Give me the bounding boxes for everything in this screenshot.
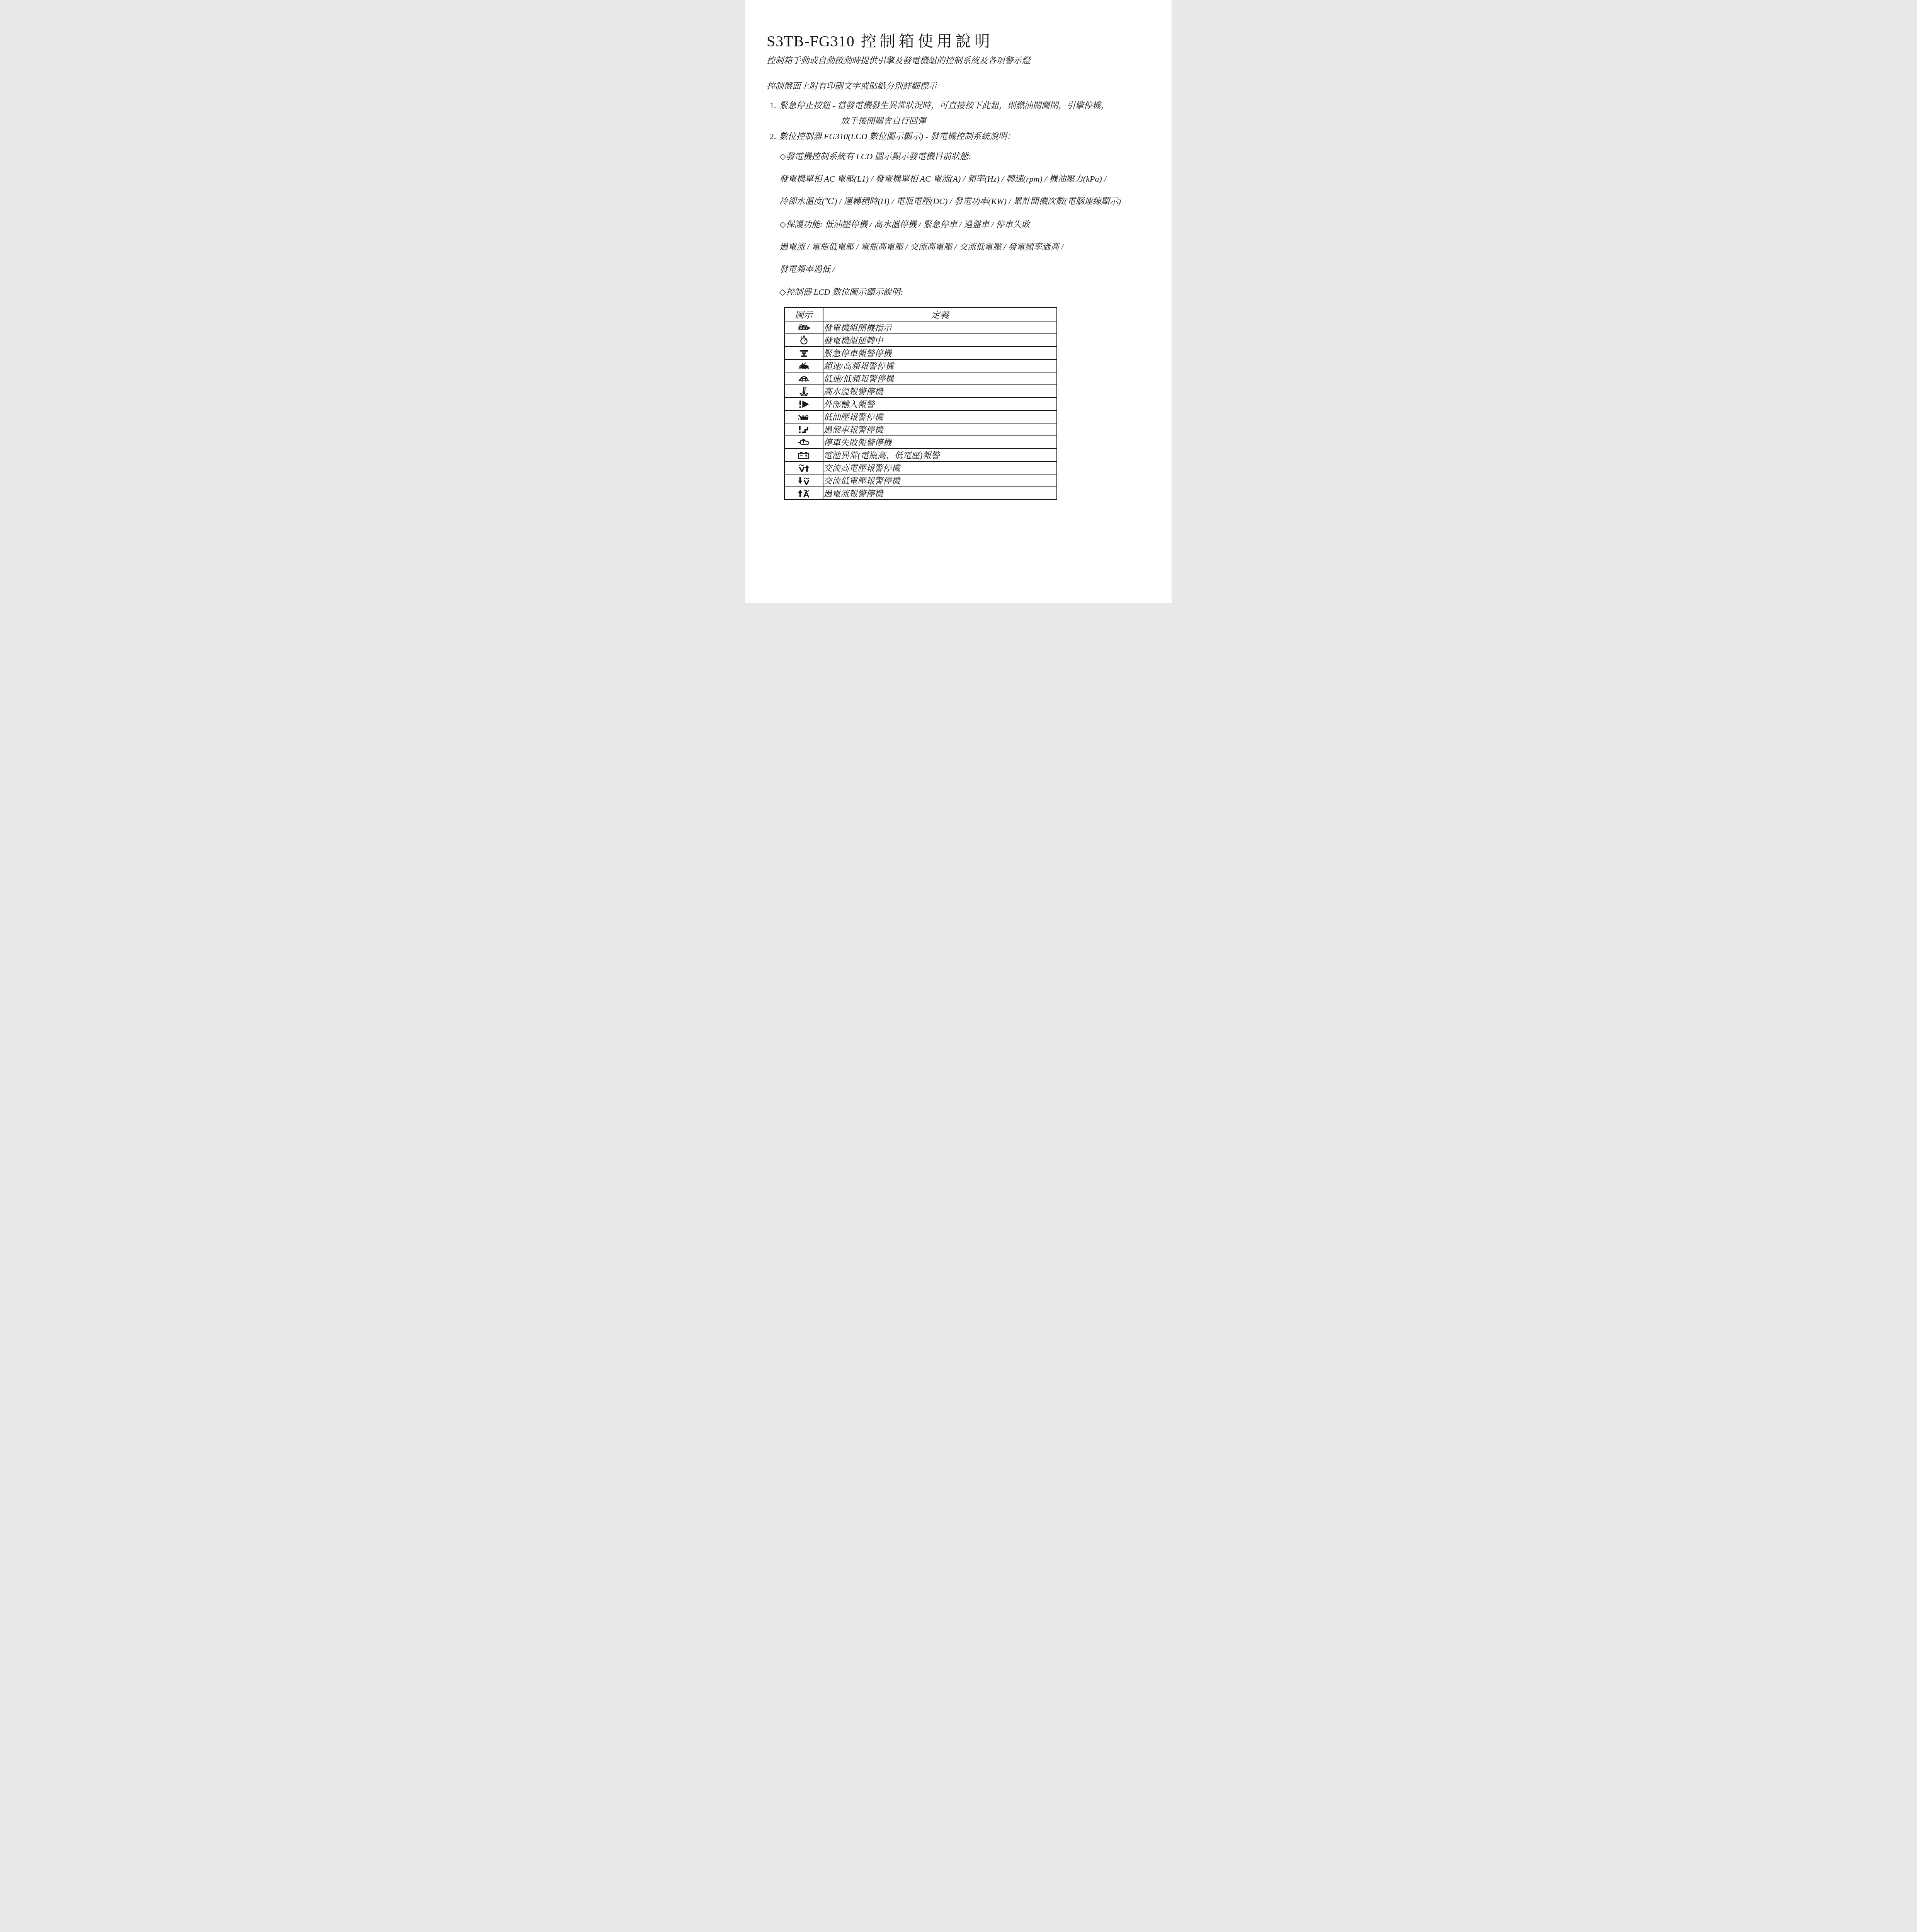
external-input-alarm-icon	[798, 400, 810, 408]
definition-text: 電池異常(電瓶高、低電壓)報警	[823, 449, 1057, 461]
definition-text: 超速/高頻報警停機	[823, 359, 1057, 372]
table-row: 高水溫報警停機	[784, 385, 1057, 398]
list-item-2-text: 數位控制器 FG310(LCD 數位圖示顯示) - 發電機控制系統說明：	[779, 131, 1015, 141]
list-item-1-continuation: 放手後開關會自行回彈	[841, 116, 926, 126]
definition-text: 緊急停車報警停機	[823, 347, 1057, 359]
definition-text: 低油壓報警停機	[823, 410, 1057, 423]
protection-list-line-1: 過電流 / 電瓶低電壓 / 電瓶高電壓 / 交流高電壓 / 交流低電壓 / 發電…	[779, 241, 1063, 252]
stopwatch-icon	[799, 335, 809, 345]
definition-text: 發電機組運轉中	[823, 334, 1057, 347]
diamond-heading-protection: ◇保護功能: 低油壓停機 / 高水溫停機 / 緊急停車 / 過盤車 / 停車失敗	[779, 219, 1030, 230]
list-item-1: 1.緊急停止按鈕 - 當發電機發生異常狀況時，可直接按下此鈕，則燃油閥關閉，引擎…	[770, 100, 1109, 111]
overcurrent-icon	[798, 489, 810, 498]
table-row: 交流低電壓報警停機	[784, 474, 1057, 487]
icon-column-header: 圖示	[784, 308, 823, 321]
protection-list-line-2: 發電頻率過低 /	[779, 264, 835, 275]
overcrank-icon	[798, 425, 810, 434]
low-oil-pressure-icon	[798, 413, 810, 421]
definition-text: 發電機組開機指示	[823, 321, 1057, 334]
manual-page: S3TB-FG310控制箱使用說明 控制箱手動或自動啟動時提供引擎及發電機組的控…	[745, 0, 1172, 603]
definition-text: 過盤車報警停機	[823, 423, 1057, 436]
table-row: 交流高電壓報警停機	[784, 461, 1057, 474]
list-item-1-text: 緊急停止按鈕 - 當發電機發生異常狀況時，可直接按下此鈕，則燃油閥關閉，引擎停機…	[779, 100, 1109, 110]
list-item-2: 2.數位控制器 FG310(LCD 數位圖示顯示) - 發電機控制系統說明：	[770, 131, 1015, 142]
table-row: 電池異常(電瓶高、低電壓)報警	[784, 449, 1057, 461]
ac-low-voltage-icon	[798, 476, 810, 485]
table-row: 發電機組運轉中	[784, 334, 1057, 347]
definition-text: 停車失敗報警停機	[823, 436, 1057, 449]
table-row: 外部輸入報警	[784, 398, 1057, 410]
high-water-temp-icon	[799, 386, 809, 396]
definition-text: 高水溫報警停機	[823, 385, 1057, 398]
list-item-1-number: 1.	[770, 100, 776, 110]
status-parameters-line-1: 發電機單相 AC 電壓(L1) / 發電機單相 AC 電流(A) / 頻率(Hz…	[779, 173, 1106, 184]
battery-abnormal-icon	[798, 451, 810, 459]
table-row: 過電流報警停機	[784, 487, 1057, 500]
table-row: 低速/低頻報警停機	[784, 372, 1057, 385]
definition-column-header: 定義	[823, 308, 1057, 321]
stop-failure-engine-icon	[798, 438, 810, 446]
table-row: 過盤車報警停機	[784, 423, 1057, 436]
lcd-icon-legend-table: 圖示 定義 發電機組開機指示 發電機組運轉中	[784, 307, 1057, 500]
definition-text: 外部輸入報警	[823, 398, 1057, 410]
definition-text: 低速/低頻報警停機	[823, 372, 1057, 385]
turtle-underspeed-icon	[798, 375, 810, 383]
table-header-row: 圖示 定義	[784, 308, 1057, 321]
table-row: 低油壓報警停機	[784, 410, 1057, 423]
intro-paragraph-2: 控制盤面上附有印刷文字或貼紙分別詳細標示	[767, 81, 937, 92]
rabbit-overspeed-icon	[798, 362, 810, 370]
generator-icon	[798, 324, 810, 332]
list-item-2-number: 2.	[770, 131, 776, 141]
definition-text: 交流高電壓報警停機	[823, 461, 1057, 474]
table-row: 緊急停車報警停機	[784, 347, 1057, 359]
title-cjk-text: 控制箱使用說明	[861, 32, 993, 50]
status-parameters-line-2: 冷卻水溫度(℃) / 運轉積時(H) / 電瓶電壓(DC) / 發電功率(KW)…	[779, 196, 1121, 207]
page-title: S3TB-FG310控制箱使用說明	[767, 32, 993, 51]
diamond-heading-icon-legend: ◇控制器 LCD 數位圖示顯示說明:	[779, 287, 903, 298]
table-row: 停車失敗報警停機	[784, 436, 1057, 449]
title-model-number: S3TB-FG310	[767, 32, 855, 50]
table-row: 超速/高頻報警停機	[784, 359, 1057, 372]
table-row: 發電機組開機指示	[784, 321, 1057, 334]
ac-high-voltage-icon	[798, 464, 810, 472]
definition-text: 過電流報警停機	[823, 487, 1057, 500]
emergency-stop-icon	[799, 349, 809, 358]
intro-paragraph-1: 控制箱手動或自動啟動時提供引擎及發電機組的控制系統及各項警示燈	[767, 55, 1030, 66]
diamond-heading-lcd-status: ◇發電機控制系統有 LCD 圖示顯示發電機目前狀態:	[779, 151, 971, 162]
definition-text: 交流低電壓報警停機	[823, 474, 1057, 487]
